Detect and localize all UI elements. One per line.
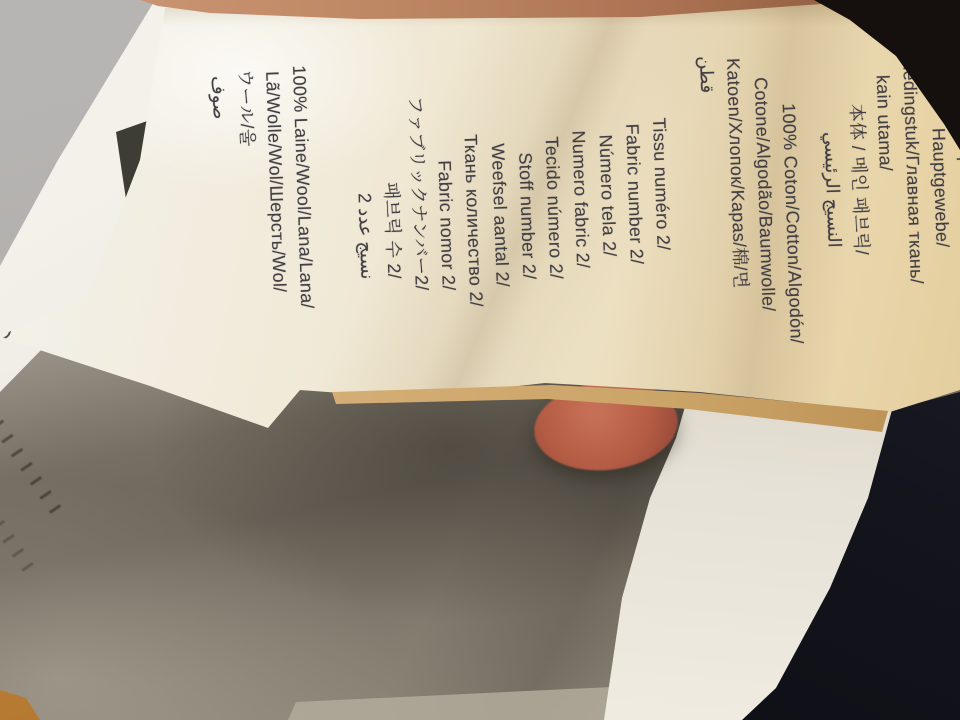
care-label: principal/Hauptgewebe/Kledingstuk/Главна… bbox=[0, 0, 960, 720]
finger-holding-label bbox=[0, 0, 960, 720]
label-line: Ткань количество 2/ bbox=[452, 0, 494, 425]
label-line: Fabric nomor 2/ bbox=[425, 0, 467, 426]
label-line: ウール/울 bbox=[229, 2, 271, 433]
label-line: صوف bbox=[202, 3, 244, 434]
label-line: Tissu numéro 2/ bbox=[640, 0, 682, 418]
label-line: 本体 / 메인 패브릭/ bbox=[838, 0, 880, 411]
label-line: Hauptgewebe/ bbox=[919, 0, 960, 408]
label-line: Katoen/Хлопок/Kapas/棉/면 bbox=[716, 0, 758, 415]
partial-print-marks bbox=[0, 306, 20, 345]
label-underside-edge bbox=[0, 0, 960, 720]
label-line: Lã/Wolle/Wol/Шерсть/Wol/ bbox=[256, 1, 298, 432]
label-block: 100% Coton/Cotton/Algodón/Cotone/Algodão… bbox=[689, 0, 812, 416]
white-linen-fold bbox=[0, 0, 960, 720]
label-line: ファブリックナンバー2/ bbox=[398, 0, 440, 426]
label-line: 패브릭 수 2/ bbox=[371, 0, 413, 427]
fingertip bbox=[530, 375, 682, 478]
label-line: نسيج عدد 2 bbox=[344, 0, 386, 428]
fabric-shadow-overlay bbox=[0, 0, 960, 720]
label-line: Weefsel aantal 2/ bbox=[479, 0, 521, 424]
garment-fabric-background bbox=[0, 0, 960, 720]
label-line: kain utama/ bbox=[865, 0, 907, 410]
label-block: 100% Laine/Wool/Lana/Lana/Lã/Wolle/Wol/Ш… bbox=[202, 0, 325, 433]
label-line: Tecido número 2/ bbox=[533, 0, 575, 422]
white-shirt-fold bbox=[0, 0, 960, 720]
label-line: Kledingstuk/Главная ткань/ bbox=[892, 0, 934, 409]
care-label-photo: principal/Hauptgewebe/Kledingstuk/Главна… bbox=[0, 0, 960, 720]
label-line: 100% Laine/Wool/Lana/Lana/ bbox=[283, 0, 325, 431]
label-line: 100% Coton/Cotton/Algodón/ bbox=[770, 0, 812, 413]
lit-fabric-edge bbox=[0, 0, 960, 720]
label-line: قطن bbox=[689, 0, 731, 416]
label-block: principal/Hauptgewebe/Kledingstuk/Главна… bbox=[811, 0, 960, 412]
care-label-text: principal/Hauptgewebe/Kledingstuk/Главна… bbox=[202, 0, 960, 433]
label-line: principal/ bbox=[946, 0, 960, 407]
table-surface bbox=[0, 0, 960, 720]
label-line: Fabric number 2/ bbox=[613, 0, 655, 419]
wood-corner bbox=[0, 0, 960, 720]
label-line: النسيج الرئيسي bbox=[811, 0, 853, 412]
label-line: Cotone/Algodão/Baumwolle/ bbox=[743, 0, 785, 414]
label-block: Tissu numéro 2/Fabric number 2/Número te… bbox=[344, 0, 683, 428]
label-crease-shading bbox=[0, 0, 960, 720]
label-line: Numero fabric 2/ bbox=[560, 0, 602, 421]
navy-garment bbox=[0, 0, 960, 720]
label-line: Número tela 2/ bbox=[586, 0, 628, 420]
label-line: Stoff number 2/ bbox=[506, 0, 548, 423]
fabric-gap-sliver bbox=[0, 0, 960, 720]
seam-stitching bbox=[0, 398, 66, 521]
dark-background-corner bbox=[0, 0, 960, 720]
